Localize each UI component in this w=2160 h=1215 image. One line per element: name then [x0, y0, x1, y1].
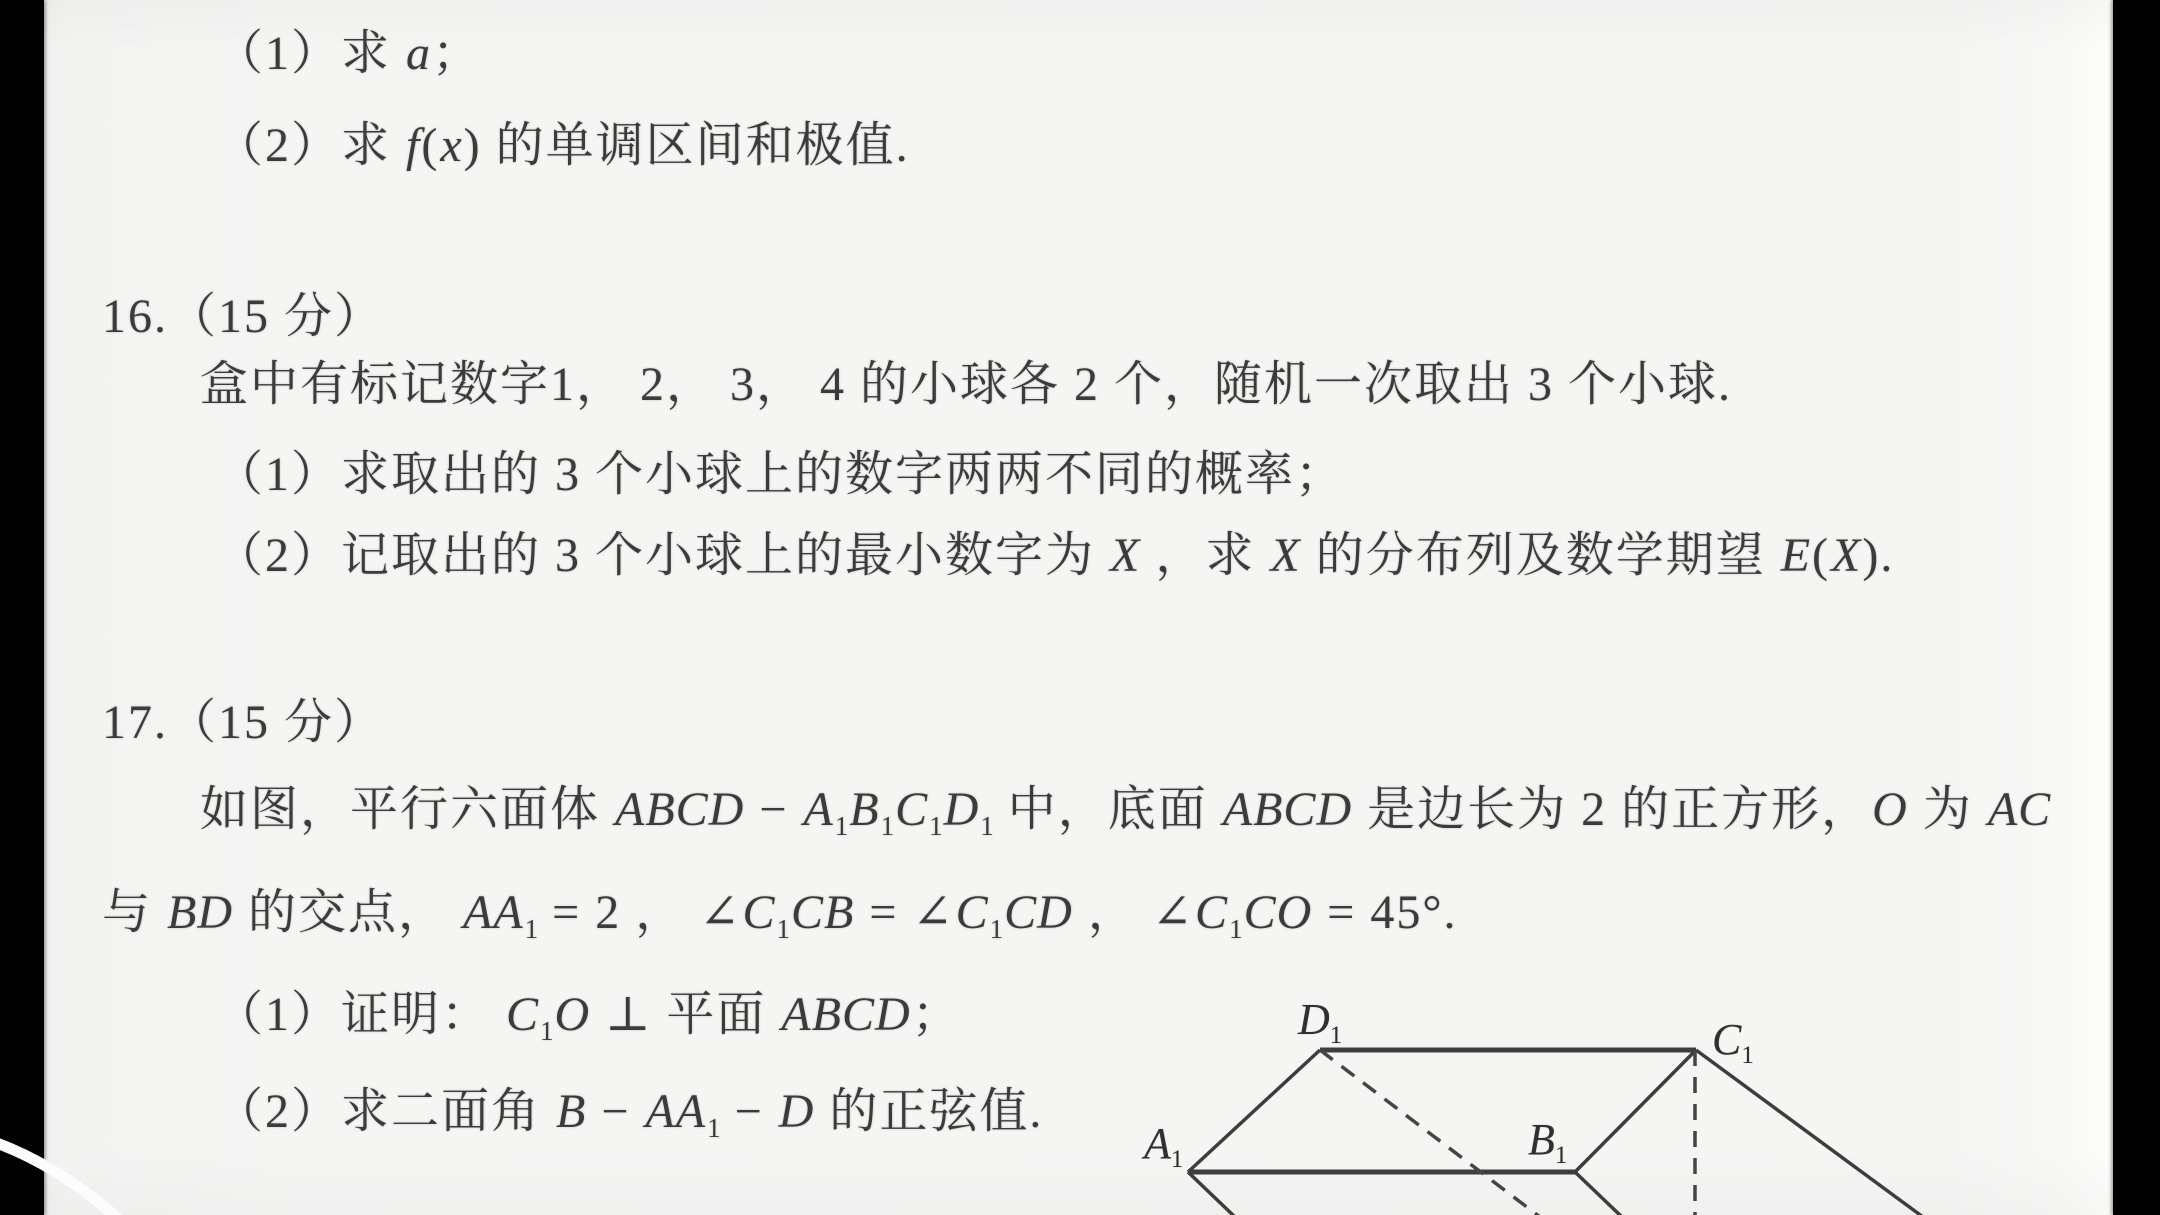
q16-part1: （1）求取出的 3 个小球上的数字两两不同的概率； [215, 451, 1345, 499]
vertex-label-d1: D1 [1298, 998, 1342, 1042]
q17-intro-line1-segment: ABCD [1222, 783, 1353, 836]
q17-intro-line1-segment: A [802, 783, 834, 836]
q17-intro-line2-segment: C [1194, 886, 1229, 939]
q17-intro-line1-segment: 1 [881, 811, 895, 841]
q15-part1: （1）求 a； [215, 30, 482, 78]
q17-part2-segment: 的正弦值. [815, 1085, 1043, 1138]
q17-part2-segment: AA [644, 1085, 707, 1138]
q17-part2-segment: − [721, 1085, 778, 1138]
q17-intro-line2-segment: CB [790, 886, 855, 939]
q17-intro-line2-segment: = 45°. [1313, 886, 1457, 939]
q17-part1-segment: ； [912, 988, 962, 1041]
q17-part2: （2）求二面角 B − AA1 − D 的正弦值. [215, 1088, 1043, 1136]
q17-intro-line2-segment: 1 [776, 914, 790, 944]
q17-intro-line1-segment: 为 [1909, 783, 1987, 836]
edge-a1-d1 [1188, 1050, 1320, 1172]
exam-paper-page: （1）求 a；（2）求 f(x) 的单调区间和极值.16.（15 分）盒中有标记… [0, 0, 2160, 1215]
vertex-label-a1-base: A [1144, 1119, 1171, 1168]
q17-part1: （1）证明： C1O ⊥ 平面 ABCD； [215, 991, 962, 1039]
vertex-label-b1-sub: 1 [1555, 1142, 1568, 1169]
q17-intro-line2-segment: 与 [102, 886, 166, 939]
q17-part1-segment: （1）证明： [215, 988, 505, 1041]
q16-intro: 盒中有标记数字1， 2， 3， 4 的小球各 2 个，随机一次取出 3 个小球. [200, 361, 1732, 409]
q17-intro-line1-segment: D [943, 783, 981, 836]
q16-part2-segment: ( [1812, 529, 1830, 582]
q17-part2-segment: （2）求二面角 [215, 1085, 555, 1138]
q17-intro-line1-segment: C [894, 783, 929, 836]
edge-b1-c1 [1575, 1050, 1696, 1172]
q15-part1-segment: a [405, 27, 432, 80]
q16-part2-segment: X [1269, 529, 1301, 582]
edge-c1-down [1696, 1050, 1923, 1215]
q16-part2-segment: X [1109, 529, 1141, 582]
q17-heading: 17.（15 分） [102, 699, 384, 747]
q15-part1-segment: ； [432, 27, 482, 80]
q17-intro-line2-segment: C [741, 886, 776, 939]
q16-heading-segment: 16.（15 分） [102, 290, 384, 343]
q15-part1-segment: （1）求 [215, 27, 405, 80]
q17-intro-line1-segment: O [1871, 783, 1909, 836]
vertex-label-b1-base: B [1528, 1115, 1555, 1164]
vertex-label-c1-sub: 1 [1741, 1042, 1754, 1069]
q17-intro-line1-segment: 如图，平行六面体 [200, 783, 614, 836]
q17-intro-line1-segment: 1 [929, 811, 943, 841]
q17-part1-segment: ABCD [780, 988, 911, 1041]
vertex-label-c1: C1 [1712, 1018, 1754, 1062]
q16-intro-segment: 盒中有标记数字1， 2， 3， 4 的小球各 2 个，随机一次取出 3 个小球. [200, 358, 1732, 411]
q17-intro-line2-segment: ， ∠ [1074, 886, 1194, 939]
q17-part1-segment: O [554, 988, 592, 1041]
q17-intro-line2-segment: CD [1003, 886, 1074, 939]
q16-part2-segment: 的分布列及数学期望 [1302, 529, 1780, 582]
q17-intro-line1-segment: AC [1987, 783, 2052, 836]
q17-intro-line1-segment: − [745, 783, 802, 836]
q17-intro-line2-segment: 的交点， [234, 886, 462, 939]
vertex-label-a1-sub: 1 [1171, 1146, 1184, 1173]
q17-part2-segment: B [555, 1085, 587, 1138]
vertex-label-d1-base: D [1298, 995, 1330, 1044]
vertex-label-a1: A1 [1144, 1122, 1183, 1166]
q17-part2-segment: D [778, 1085, 816, 1138]
q17-intro-line1-segment: 是边长为 2 的正方形， [1353, 783, 1871, 836]
q17-intro-line2-segment: 1 [990, 914, 1004, 944]
q15-part2-segment: ) 的单调区间和极值. [464, 119, 910, 172]
q16-part1-segment: （1）求取出的 3 个小球上的数字两两不同的概率； [215, 448, 1345, 501]
vertex-label-c1-base: C [1712, 1015, 1741, 1064]
q17-intro-line2-segment: C [955, 886, 990, 939]
q16-part2-segment: E [1780, 529, 1812, 582]
q15-part2-segment: x [439, 119, 463, 172]
q17-part2-segment: 1 [707, 1113, 721, 1143]
q15-part2-segment: （2）求 [215, 119, 405, 172]
q16-part2: （2）记取出的 3 个小球上的最小数字为 X ，求 X 的分布列及数学期望 E(… [215, 532, 1894, 580]
q17-intro-line2-segment: 1 [1229, 914, 1243, 944]
q16-part2-segment: X [1830, 529, 1862, 582]
q16-part2-segment: ). [1862, 529, 1894, 582]
screenshot-root: （1）求 a；（2）求 f(x) 的单调区间和极值.16.（15 分）盒中有标记… [0, 0, 2160, 1215]
letterbox-bar-left [0, 0, 44, 1215]
q16-part2-segment: ，求 [1141, 529, 1269, 582]
q16-heading: 16.（15 分） [102, 293, 384, 341]
edge-b1-down [1575, 1172, 1622, 1215]
q17-intro-line1-segment: 1 [835, 811, 849, 841]
q17-part2-segment: − [587, 1085, 644, 1138]
q15-part2: （2）求 f(x) 的单调区间和极值. [215, 122, 910, 170]
q17-intro-line2-segment: = 2 ， ∠ [538, 886, 741, 939]
q17-part1-segment: C [505, 988, 540, 1041]
q17-intro-line1-segment: 中，底面 [994, 783, 1222, 836]
q17-heading-segment: 17.（15 分） [102, 696, 384, 749]
q17-part1-segment: ⊥ 平面 [591, 988, 780, 1041]
q15-part2-segment: f [405, 119, 421, 172]
q17-part1-segment: 1 [540, 1016, 554, 1046]
q17-intro-line2-segment: 1 [525, 914, 539, 944]
q17-intro-line2-segment: AA [462, 886, 525, 939]
vertex-label-d1-sub: 1 [1330, 1022, 1343, 1049]
edge-a1-down [1188, 1172, 1235, 1215]
q17-intro-line1: 如图，平行六面体 ABCD − A1B1C1D1 中，底面 ABCD 是边长为 … [200, 786, 2052, 834]
q17-intro-line2: 与 BD 的交点， AA1 = 2 ， ∠C1CB = ∠C1CD ， ∠C1C… [102, 889, 1458, 937]
letterbox-bar-right [2113, 0, 2160, 1215]
q17-intro-line2-segment: CO [1243, 886, 1314, 939]
q15-part2-segment: ( [421, 119, 439, 172]
q17-intro-line2-segment: BD [166, 886, 234, 939]
edge-d1-down-hidden [1320, 1050, 1540, 1215]
q17-intro-line2-segment: = ∠ [855, 886, 954, 939]
q16-part2-segment: （2）记取出的 3 个小球上的最小数字为 [215, 529, 1109, 582]
vertex-label-b1: B1 [1528, 1118, 1567, 1162]
q17-intro-line1-segment: B [848, 783, 880, 836]
q17-intro-line1-segment: ABCD [614, 783, 745, 836]
q17-intro-line1-segment: 1 [980, 811, 994, 841]
